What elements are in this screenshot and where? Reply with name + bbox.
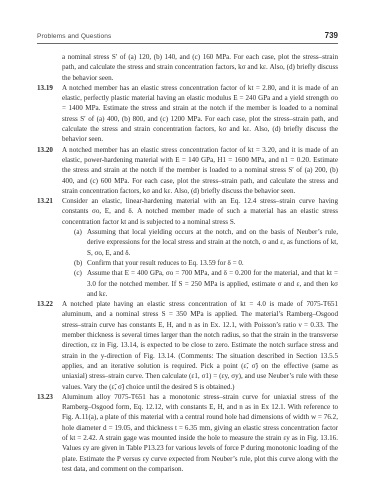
continued-problem-text: a nominal stress S′ of (a) 120, (b) 140,…	[62, 52, 338, 83]
problem-text: A notched member has an elastic stress c…	[62, 83, 338, 145]
problem-number: 13.19	[37, 83, 53, 93]
subitem-label: (a)	[74, 227, 82, 237]
subitem-label: (b)	[74, 258, 82, 268]
subitem-c: (c) Assume that E = 400 GPa, σo = 700 MP…	[62, 268, 338, 299]
running-head: Problems and Questions 739	[37, 31, 338, 44]
problem-text: A notched member has an elastic stress c…	[62, 145, 338, 196]
problem-number: 13.20	[37, 145, 53, 155]
problem-subitems: (a) Assuming that local yielding occurs …	[62, 227, 338, 299]
problems-content: a nominal stress S′ of (a) 120, (b) 140,…	[37, 52, 338, 474]
subitem-text: Assume that E = 400 GPa, σo = 700 MPa, a…	[87, 268, 338, 299]
problem-13-20: 13.20 A notched member has an elastic st…	[37, 145, 338, 196]
book-page: Problems and Questions 739 a nominal str…	[0, 0, 368, 480]
problem-text: Consider an elastic, linear-hardening ma…	[62, 196, 338, 227]
problem-text: Aluminum alloy 7075-T651 has a monotonic…	[62, 392, 338, 474]
problem-13-19: 13.19 A notched member has an elastic st…	[37, 83, 338, 145]
subitem-text: Confirm that your result reduces to Eq. …	[87, 258, 338, 268]
running-title: Problems and Questions	[37, 33, 111, 40]
problem-13-23: 13.23 Aluminum alloy 7075-T651 has a mon…	[37, 392, 338, 474]
subitem-a: (a) Assuming that local yielding occurs …	[62, 227, 338, 258]
problem-13-22: 13.22 A notched plate having an elastic …	[37, 299, 338, 392]
subitem-label: (c)	[74, 268, 82, 278]
problem-number: 13.22	[37, 299, 53, 309]
subitem-text: Assuming that local yielding occurs at t…	[87, 227, 338, 258]
problem-number: 13.21	[37, 196, 53, 206]
page-number: 739	[325, 31, 338, 40]
subitem-b: (b) Confirm that your result reduces to …	[62, 258, 338, 268]
problem-text: A notched plate having an elastic stress…	[62, 299, 338, 392]
problem-13-21: 13.21 Consider an elastic, linear-harden…	[37, 196, 338, 299]
problem-number: 13.23	[37, 392, 53, 402]
